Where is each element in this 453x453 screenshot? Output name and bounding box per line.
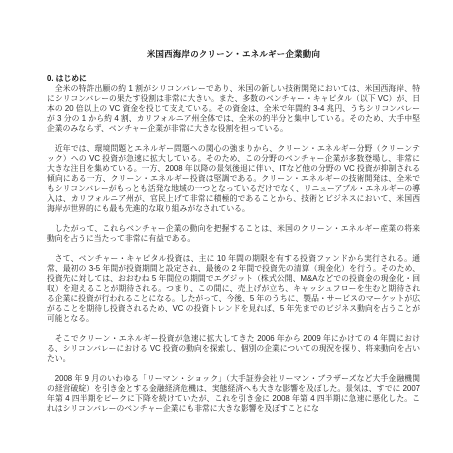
paragraph-3: したがって、これらベンチャー企業の動向を把握することは、米国のクリーン・エネルギ… xyxy=(47,224,420,244)
paragraph-1: 全米の特許出願の約 1 割がシリコンバレーであり、米国の新しい技術開発においては… xyxy=(47,84,420,134)
document-title: 米国西海岸のクリーン・エネルギー企業動向 xyxy=(47,49,420,59)
paragraph-5: そこでクリーン・エネルギー投資が急速に拡大してきた 2006 年から 2009 … xyxy=(47,334,420,364)
paragraph-6: 2008 年 9 月のいわゆる「リーマン・ショック」（大手証券会社リーマン・ブラ… xyxy=(47,374,420,414)
section-heading-intro: 0. はじめに xyxy=(47,74,420,84)
paragraph-4: さて、ベンチャー・キャピタル投資は、主に 10 年間の期限を有する投資ファンドか… xyxy=(47,254,420,324)
paragraph-2: 近年では、環境問題とエネルギー問題への関心の強まりから、クリーン・エネルギー分野… xyxy=(47,144,420,214)
document-page: 米国西海岸のクリーン・エネルギー企業動向 0. はじめに 全米の特許出願の約 1… xyxy=(0,0,453,453)
